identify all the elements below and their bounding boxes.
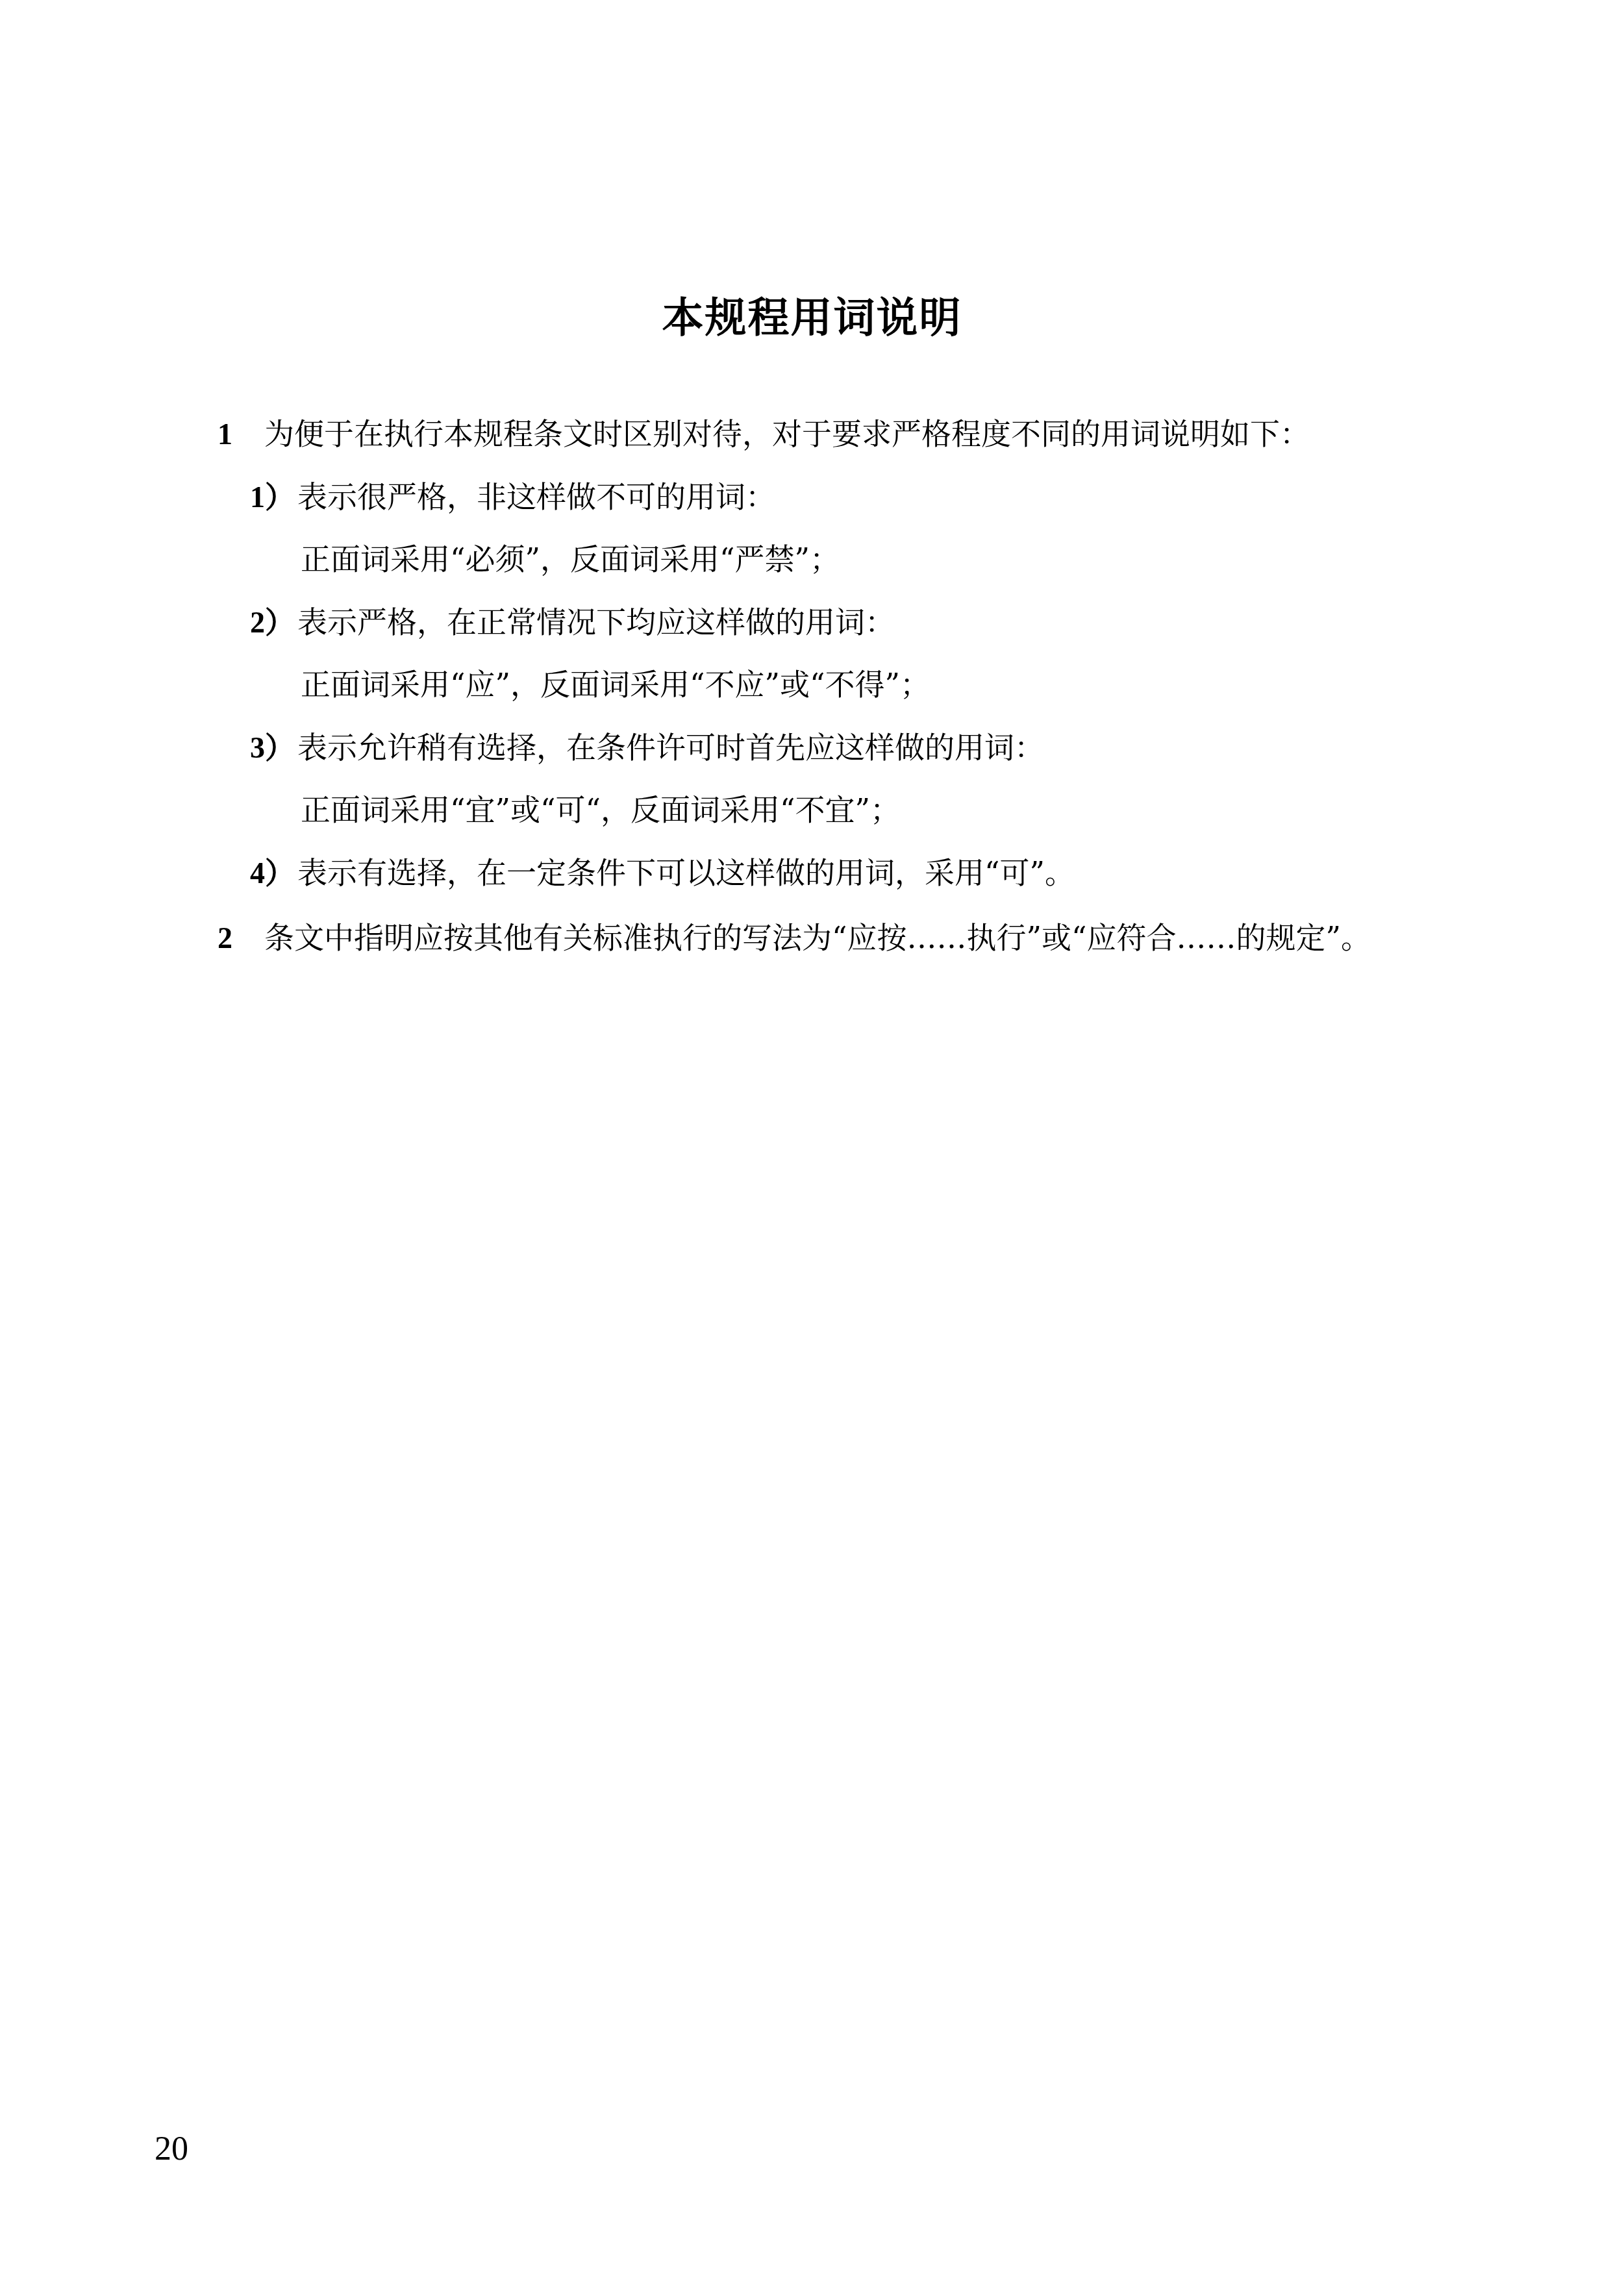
- clause-number: 1: [218, 415, 264, 454]
- clause-2: 2条文中指明应按其他有关标准执行的写法为“应按……执行”或“应符合……的规定”。: [218, 918, 1371, 958]
- subitem-1-detail: 正面词采用“必须”，反面词采用“严禁”；: [301, 540, 840, 579]
- subitem-4: 4）表示有选择，在一定条件下可以这样做的用词，采用“可”。: [250, 853, 1075, 893]
- subitem-number: 2）: [250, 603, 295, 642]
- clause-text: 条文中指明应按其他有关标准执行的写法为“应按……执行”或“应符合……的规定”。: [264, 920, 1371, 955]
- subitem-text: 表示允许稍有选择，在条件许可时首先应这样做的用词：: [297, 730, 1044, 765]
- subitem-text: 表示很严格，非这样做不可的用词：: [297, 479, 775, 514]
- subitem-text: 表示有选择，在一定条件下可以这样做的用词，采用“可”。: [297, 855, 1075, 890]
- subitem-number: 4）: [250, 854, 295, 893]
- clause-number: 2: [218, 919, 264, 958]
- subitem-1: 1）表示很严格，非这样做不可的用词：: [250, 477, 775, 517]
- page-title: 本规程用词说明: [0, 289, 1624, 347]
- subitem-3-detail: 正面词采用“宜”或“可“，反面词采用“不宜”；: [301, 790, 900, 829]
- clause-text: 为便于在执行本规程条文时区别对待，对于要求严格程度不同的用词说明如下：: [264, 416, 1310, 451]
- subitem-number: 3）: [250, 729, 295, 767]
- subitem-2-detail: 正面词采用“应”，反面词采用“不应”或“不得”；: [301, 665, 930, 704]
- clause-1: 1为便于在执行本规程条文时区别对待，对于要求严格程度不同的用词说明如下：: [218, 414, 1310, 454]
- subitem-2: 2）表示严格，在正常情况下均应这样做的用词：: [250, 603, 895, 642]
- page-number: 20: [155, 2130, 188, 2169]
- subitem-text: 表示严格，在正常情况下均应这样做的用词：: [297, 605, 895, 640]
- subitem-3: 3）表示允许稍有选择，在条件许可时首先应这样做的用词：: [250, 728, 1044, 767]
- subitem-number: 1）: [250, 478, 295, 517]
